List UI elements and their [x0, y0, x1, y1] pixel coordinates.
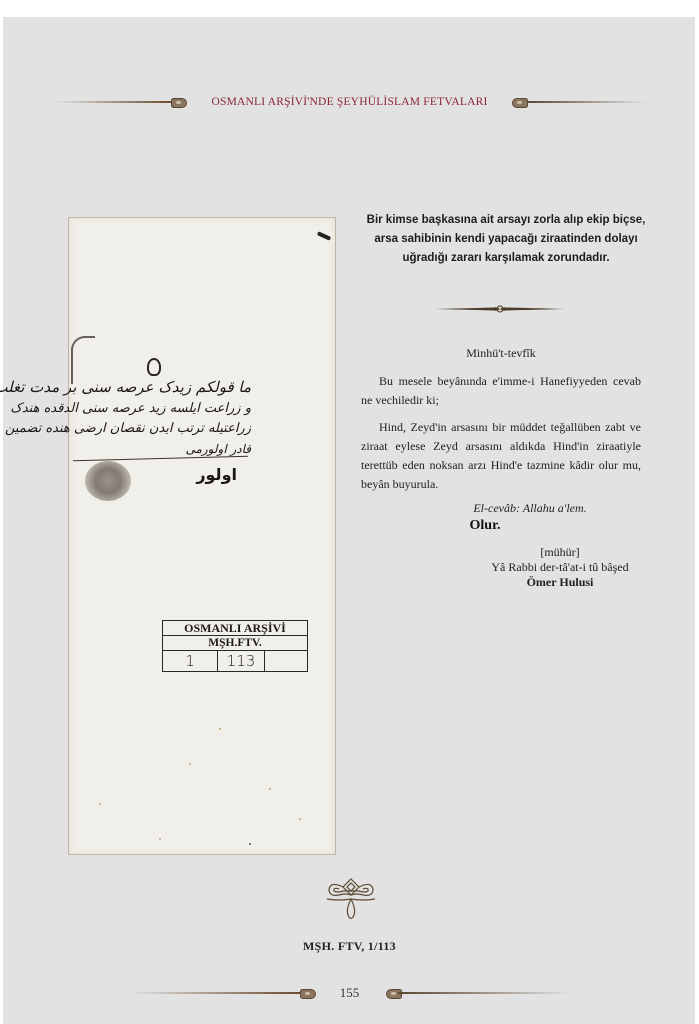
calligraphic-flourish	[71, 336, 95, 384]
paper-speck	[269, 788, 271, 790]
fatwa-document-image: ما قولکم زیدک عرصه سنی بر مدت تغلب ضبط و…	[68, 217, 336, 855]
finial-ornament-icon	[386, 989, 402, 999]
ink-mark	[147, 358, 161, 376]
paper-speck	[99, 803, 101, 805]
ink-rule	[73, 456, 248, 462]
paper-speck	[299, 818, 301, 820]
page-number: 155	[0, 985, 699, 1001]
seal-label: [mühür]	[470, 545, 650, 560]
signatory: Ömer Hulusi	[470, 575, 650, 590]
stamp-cell-empty	[265, 651, 307, 671]
paper-speck	[249, 843, 251, 845]
seal-block: [mühür] Yâ Rabbi der-tâ'at-i tû bâşed Öm…	[470, 545, 650, 590]
fatwa-summary: Bir kimse başkasına ait arsayı zorla alı…	[356, 211, 656, 268]
paper-speck	[159, 838, 161, 840]
answer-heading: El-cevâb: Allahu a'lem.	[400, 501, 660, 516]
ornamental-divider-icon	[436, 305, 564, 313]
arabic-answer: اولور	[196, 465, 237, 484]
footer-rule-right	[398, 992, 573, 994]
question-intro: Bu mesele beyânında e'imme-i Hanefiyyede…	[361, 372, 641, 410]
invocation: Minhü't-tevfîk	[361, 346, 641, 361]
transcription-body: Bu mesele beyânında e'imme-i Hanefiyyede…	[361, 372, 641, 502]
arabic-line: و زراعت ایلسه زید عرصه سنی الدقده هندک	[10, 401, 251, 416]
answer: Olur.	[400, 518, 570, 534]
finial-ornament-icon	[512, 98, 528, 108]
paper-speck	[189, 763, 191, 765]
arabic-line: قادر اولورمی	[185, 442, 251, 456]
stamp-archive-name: OSMANLI ARŞİVİ	[163, 621, 307, 636]
stamp-cell-folder: 1	[163, 651, 218, 671]
arabic-line: زراعتیله ترتب ایدن نقصان ارضی هنده تضمین	[5, 421, 251, 436]
paper-speck	[219, 728, 221, 730]
question-text: Hind, Zeyd'in arsasını bir müddet teğall…	[361, 418, 641, 494]
archive-stamp: OSMANLI ARŞİVİ MŞH.FTV. 1 113	[162, 620, 308, 672]
arabic-line: ما قولکم زیدک عرصه سنی بر مدت تغلب ضبط	[0, 378, 251, 396]
seal-inscription: Yâ Rabbi der-tâ'at-i tû bâşed	[470, 560, 650, 575]
archive-reference: MŞH. FTV, 1/113	[0, 939, 699, 954]
knot-ornament-icon	[325, 877, 377, 921]
seal-icon	[85, 461, 131, 501]
header-rule-right	[527, 101, 647, 103]
stamp-cell-number: 113	[218, 651, 265, 671]
stamp-collection: MŞH.FTV.	[163, 636, 307, 651]
ink-mark	[317, 231, 331, 241]
